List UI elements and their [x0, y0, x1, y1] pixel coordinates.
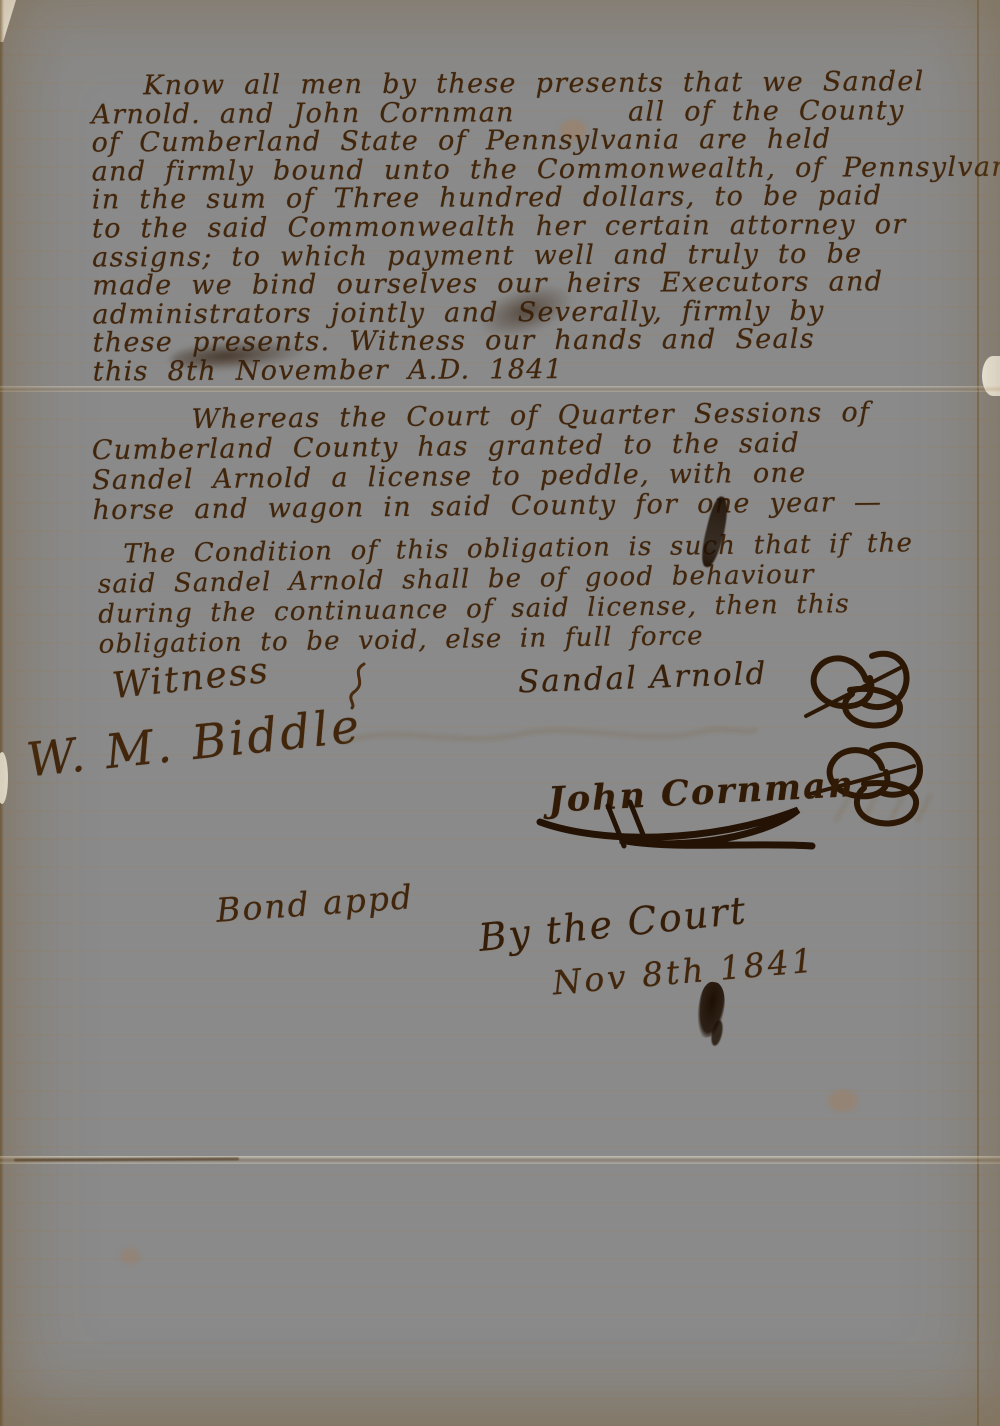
endorsement-approved: Bond appd [215, 877, 415, 930]
foxing-stain [828, 1090, 858, 1112]
endorsement-date: Nov 8th 1841 [551, 941, 817, 1003]
witness-signature: W. M. Biddle [24, 699, 364, 789]
opening-paragraph: Know all men by these presents that we S… [91, 68, 1000, 387]
document-scan: Know all men by these presents that we S… [0, 0, 1000, 1426]
principal-signature: Sandal Arnold [517, 656, 767, 701]
signature-flourish-underline [530, 800, 830, 860]
seal-scribble-arnold [792, 646, 914, 732]
condition-paragraph: The Condition of this obligation is such… [97, 528, 914, 659]
paper-left-edge [0, 0, 4, 1426]
crease-scratch-mark [14, 1157, 239, 1161]
whereas-paragraph: Whereas the Court of Quarter Sessions of… [91, 398, 882, 526]
text-line: to the said Commonwealth her certain att… [92, 210, 1000, 244]
foxing-stain [120, 1248, 140, 1264]
paper-tear-notch-left [0, 752, 8, 804]
text-line: horse and wagon in said County for one y… [92, 488, 882, 526]
showthrough-ghost-writing [340, 716, 760, 756]
